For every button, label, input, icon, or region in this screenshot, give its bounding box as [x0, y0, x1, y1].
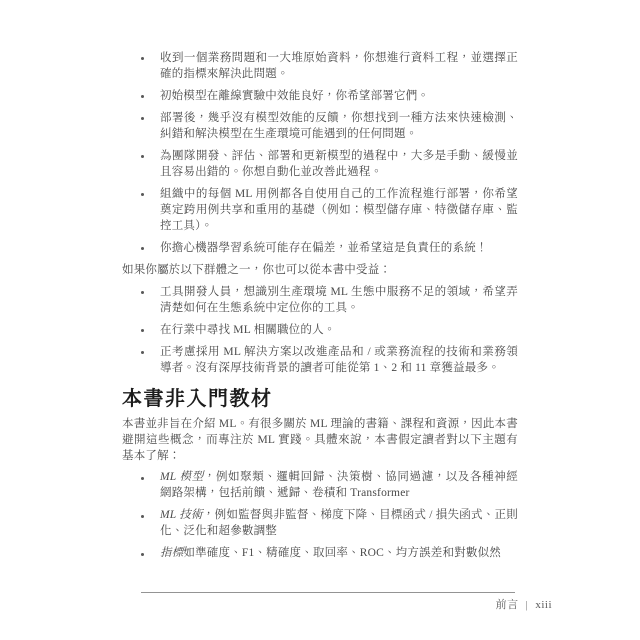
list-item-text: 初始模型在離線實驗中效能良好，你希望部署它們。 [160, 90, 429, 102]
bullet-icon [141, 193, 144, 196]
list-item: 正考慮採用 ML 解決方案以改進產品和 / 或業務流程的技術和業務領導者。沒有深… [122, 344, 518, 376]
bullet-icon [141, 117, 144, 120]
list-item-text: 部署後，幾乎沒有模型效能的反饋，你想找到一種方法來快速檢測、糾錯和解決模型在生產… [160, 112, 518, 140]
bullet-icon [141, 57, 144, 60]
bullet-icon [141, 553, 144, 556]
audience-intro: 如果你屬於以下群體之一，你也可以從本書中受益： [122, 262, 518, 278]
list-item-text: 指標如準確度、F1、精確度、取回率、ROC、均方誤差和對數似然 [160, 547, 501, 559]
footer-page-number: xiii [535, 599, 552, 611]
page-content: 收到一個業務問題和一大堆原始資料，你想進行資料工程，並選擇正確的指標來解決此問題… [122, 50, 518, 569]
bullet-icon [141, 329, 144, 332]
list-item: 為團隊開發、評估、部署和更新模型的過程中，大多是手動、緩慢並且容易出錯的。你想自… [122, 148, 518, 180]
list-item: 指標如準確度、F1、精確度、取回率、ROC、均方誤差和對數似然 [122, 546, 518, 562]
list-item-text: ML 技術，例如監督與非監督、梯度下降、目標函式 / 損失函式、正則化、泛化和超… [160, 509, 518, 537]
list-item-text: 組織中的每個 ML 用例都各自使用自己的工作流程進行部署，你希望奠定跨用例共享和… [160, 188, 518, 232]
list-item: ML 模型，例如聚類、邏輯回歸、決策樹、協同過濾，以及各種神經網路架構，包括前饋… [122, 470, 518, 501]
list-item: 部署後，幾乎沒有模型效能的反饋，你想找到一種方法來快速檢測、糾錯和解決模型在生產… [122, 110, 518, 142]
topic-rest-text: ，例如聚類、邏輯回歸、決策樹、協同過濾，以及各種神經網路架構，包括前饋、遞歸、卷… [160, 471, 518, 499]
list-item-text: 為團隊開發、評估、部署和更新模型的過程中，大多是手動、緩慢並且容易出錯的。你想自… [160, 150, 518, 178]
list-item-text: 正考慮採用 ML 解決方案以改進產品和 / 或業務流程的技術和業務領導者。沒有深… [160, 346, 518, 374]
bullet-icon [141, 247, 144, 250]
list-item: 工具開發人員，想識別生產環境 ML 生態中服務不足的領域，希望弄清楚如何在生態系… [122, 284, 518, 316]
list-item: 收到一個業務問題和一大堆原始資料，你想進行資料工程，並選擇正確的指標來解決此問題… [122, 50, 518, 82]
topic-lead-term: ML 技術 [160, 509, 203, 521]
footer-separator: | [526, 598, 529, 612]
scenario-list: 收到一個業務問題和一大堆原始資料，你想進行資料工程，並選擇正確的指標來解決此問題… [122, 50, 518, 256]
section-heading: 本書非入門教材 [122, 386, 518, 412]
topic-lead-term: ML 模型 [160, 471, 204, 483]
list-item-text: 你擔心機器學習系統可能存在偏差，並希望這是負責任的系統！ [160, 242, 488, 254]
list-item: 組織中的每個 ML 用例都各自使用自己的工作流程進行部署，你希望奠定跨用例共享和… [122, 186, 518, 234]
list-item: 你擔心機器學習系統可能存在偏差，並希望這是負責任的系統！ [122, 240, 518, 256]
bullet-icon [141, 155, 144, 158]
bullet-icon [141, 95, 144, 98]
list-item-text: 在行業中尋找 ML 相關職位的人。 [160, 324, 335, 336]
list-item: ML 技術，例如監督與非監督、梯度下降、目標函式 / 損失函式、正則化、泛化和超… [122, 508, 518, 539]
bullet-icon [141, 515, 144, 518]
audience-list: 工具開發人員，想識別生產環境 ML 生態中服務不足的領域，希望弄清楚如何在生態系… [122, 284, 518, 376]
topic-rest-text: 如準確度、F1、精確度、取回率、ROC、均方誤差和對數似然 [183, 547, 501, 559]
list-item: 初始模型在離線實驗中效能良好，你希望部署它們。 [122, 88, 518, 104]
topic-lead-term: 指標 [160, 547, 183, 559]
footer-rule [141, 592, 515, 593]
topic-rest-text: ，例如監督與非監督、梯度下降、目標函式 / 損失函式、正則化、泛化和超參數調整 [160, 509, 518, 537]
section-intro: 本書並非旨在介紹 ML。有很多關於 ML 理論的書籍、課程和資源，因此本書避開這… [122, 416, 518, 464]
bullet-icon [141, 291, 144, 294]
bullet-icon [141, 351, 144, 354]
page-footer: 前言|xiii [496, 598, 552, 612]
topics-list: ML 模型，例如聚類、邏輯回歸、決策樹、協同過濾，以及各種神經網路架構，包括前饋… [122, 470, 518, 562]
footer-section-label: 前言 [496, 599, 519, 611]
list-item: 在行業中尋找 ML 相關職位的人。 [122, 322, 518, 338]
list-item-text: 收到一個業務問題和一大堆原始資料，你想進行資料工程，並選擇正確的指標來解決此問題… [160, 52, 518, 80]
bullet-icon [141, 477, 144, 480]
list-item-text: ML 模型，例如聚類、邏輯回歸、決策樹、協同過濾，以及各種神經網路架構，包括前饋… [160, 471, 518, 499]
list-item-text: 工具開發人員，想識別生產環境 ML 生態中服務不足的領域，希望弄清楚如何在生態系… [160, 286, 518, 314]
